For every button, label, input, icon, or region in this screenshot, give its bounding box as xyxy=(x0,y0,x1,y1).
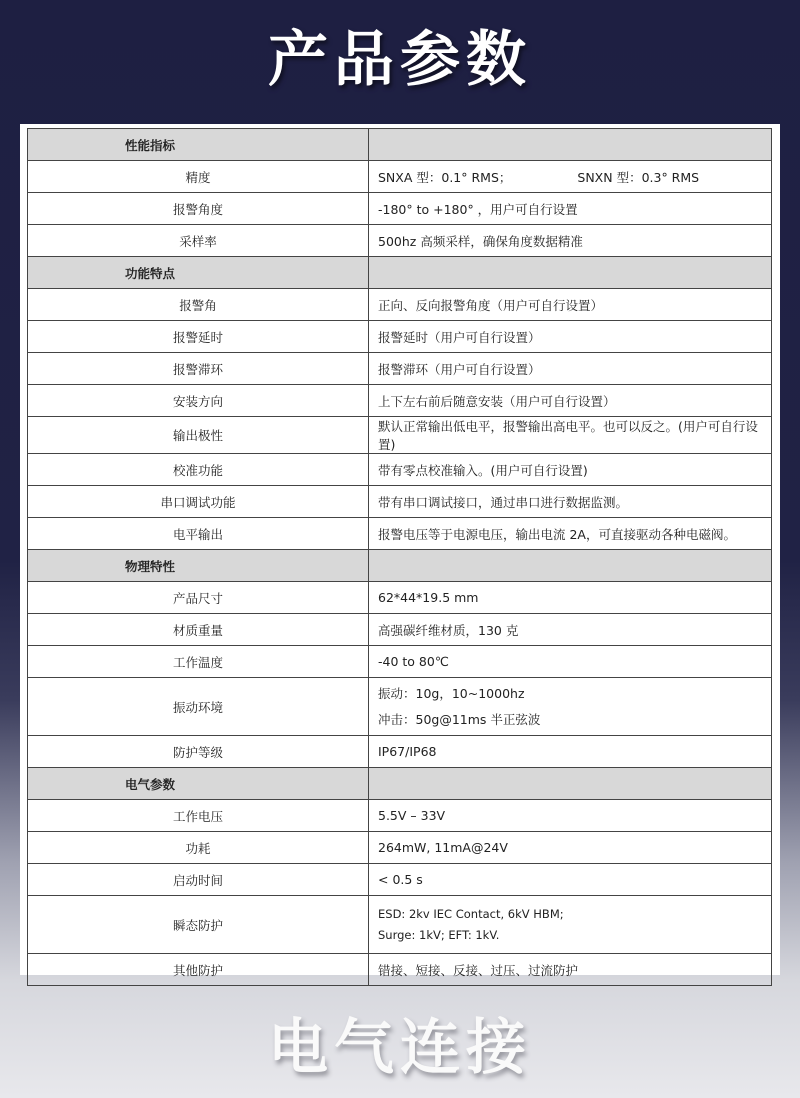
table-row: 防护等级 IP67/IP68 xyxy=(28,736,772,768)
row-label: 安装方向 xyxy=(28,385,369,417)
page-title: 产品参数 xyxy=(0,22,800,98)
row-label: 输出极性 xyxy=(28,417,369,454)
section-header-electrical: 电气参数 xyxy=(28,768,772,800)
row-value: 500hz 高频采样，确保角度数据精准 xyxy=(369,225,772,257)
table-row: 材质重量 高强碳纤维材质，130 克 xyxy=(28,614,772,646)
section-header-physical: 物理特性 xyxy=(28,550,772,582)
row-value: 264mW, 11mA@24V xyxy=(369,832,772,864)
row-label: 其他防护 xyxy=(28,954,369,986)
row-value: 错接、短接、反接、过压、过流防护 xyxy=(369,954,772,986)
row-label: 电平输出 xyxy=(28,518,369,550)
row-value: 上下左右前后随意安装（用户可自行设置） xyxy=(369,385,772,417)
spec-table: 性能指标 精度 SNXA 型：0.1° RMS；SNXN 型：0.3° RMS … xyxy=(27,128,772,986)
row-value: 5.5V – 33V xyxy=(369,800,772,832)
row-value: 带有串口调试接口，通过串口进行数据监测。 xyxy=(369,486,772,518)
section-title: 性能指标 xyxy=(28,129,369,161)
section-title: 电气参数 xyxy=(28,768,369,800)
table-row: 启动时间 < 0.5 s xyxy=(28,864,772,896)
row-label: 精度 xyxy=(28,161,369,193)
row-value: 高强碳纤维材质，130 克 xyxy=(369,614,772,646)
table-row: 产品尺寸 62*44*19.5 mm xyxy=(28,582,772,614)
section-header-performance: 性能指标 xyxy=(28,129,772,161)
table-row: 安装方向 上下左右前后随意安装（用户可自行设置） xyxy=(28,385,772,417)
table-row: 工作温度 -40 to 80℃ xyxy=(28,646,772,678)
row-value: 报警滞环（用户可自行设置） xyxy=(369,353,772,385)
table-row: 功耗 264mW, 11mA@24V xyxy=(28,832,772,864)
table-row: 瞬态防护 ESD: 2kv IEC Contact, 6kV HBM; Surg… xyxy=(28,896,772,954)
row-label: 报警角度 xyxy=(28,193,369,225)
table-row: 其他防护 错接、短接、反接、过压、过流防护 xyxy=(28,954,772,986)
table-row: 校准功能 带有零点校准输入。(用户可自行设置) xyxy=(28,454,772,486)
row-label: 报警滞环 xyxy=(28,353,369,385)
table-row: 振动环境 振动：10g，10~1000hz 冲击：50g@11ms 半正弦波 xyxy=(28,678,772,736)
row-value: -180° to +180° ，用户可自行设置 xyxy=(369,193,772,225)
spec-card: 性能指标 精度 SNXA 型：0.1° RMS；SNXN 型：0.3° RMS … xyxy=(20,124,780,975)
section-title: 物理特性 xyxy=(28,550,369,582)
row-label: 工作温度 xyxy=(28,646,369,678)
table-row: 报警角 正向、反向报警角度（用户可自行设置） xyxy=(28,289,772,321)
row-label: 材质重量 xyxy=(28,614,369,646)
row-value: -40 to 80℃ xyxy=(369,646,772,678)
row-value: 报警电压等于电源电压，输出电流 2A，可直接驱动各种电磁阀。 xyxy=(369,518,772,550)
vibration-line: 振动：10g，10~1000hz xyxy=(378,681,771,707)
row-label: 报警角 xyxy=(28,289,369,321)
row-label: 校准功能 xyxy=(28,454,369,486)
row-value: 62*44*19.5 mm xyxy=(369,582,772,614)
row-label: 工作电压 xyxy=(28,800,369,832)
row-label: 产品尺寸 xyxy=(28,582,369,614)
row-label: 采样率 xyxy=(28,225,369,257)
section-title-electrical-connection: 电气连接 xyxy=(0,1010,800,1086)
row-value: 振动：10g，10~1000hz 冲击：50g@11ms 半正弦波 xyxy=(369,678,772,736)
row-value: 默认正常输出低电平，报警输出高电平。也可以反之。(用户可自行设置) xyxy=(369,417,772,454)
row-value: IP67/IP68 xyxy=(369,736,772,768)
row-label: 防护等级 xyxy=(28,736,369,768)
row-label: 串口调试功能 xyxy=(28,486,369,518)
table-row: 电平输出 报警电压等于电源电压，输出电流 2A，可直接驱动各种电磁阀。 xyxy=(28,518,772,550)
value-snxa: SNXA 型：0.1° RMS； xyxy=(378,170,511,185)
esd-line: ESD: 2kv IEC Contact, 6kV HBM; xyxy=(378,904,771,925)
row-value: 带有零点校准输入。(用户可自行设置) xyxy=(369,454,772,486)
row-value: SNXA 型：0.1° RMS；SNXN 型：0.3° RMS xyxy=(369,161,772,193)
table-row: 输出极性 默认正常输出低电平，报警输出高电平。也可以反之。(用户可自行设置) xyxy=(28,417,772,454)
row-label: 功耗 xyxy=(28,832,369,864)
row-value: ESD: 2kv IEC Contact, 6kV HBM; Surge: 1k… xyxy=(369,896,772,954)
table-row: 精度 SNXA 型：0.1° RMS；SNXN 型：0.3° RMS xyxy=(28,161,772,193)
table-row: 串口调试功能 带有串口调试接口，通过串口进行数据监测。 xyxy=(28,486,772,518)
row-label: 瞬态防护 xyxy=(28,896,369,954)
row-value: < 0.5 s xyxy=(369,864,772,896)
table-row: 报警角度 -180° to +180° ，用户可自行设置 xyxy=(28,193,772,225)
shock-line: 冲击：50g@11ms 半正弦波 xyxy=(378,707,771,733)
row-label: 报警延时 xyxy=(28,321,369,353)
value-snxn: SNXN 型：0.3° RMS xyxy=(577,170,699,185)
table-row: 报警延时 报警延时（用户可自行设置） xyxy=(28,321,772,353)
section-title: 功能特点 xyxy=(28,257,369,289)
row-label: 启动时间 xyxy=(28,864,369,896)
row-value: 报警延时（用户可自行设置） xyxy=(369,321,772,353)
row-value: 正向、反向报警角度（用户可自行设置） xyxy=(369,289,772,321)
table-row: 工作电压 5.5V – 33V xyxy=(28,800,772,832)
table-row: 报警滞环 报警滞环（用户可自行设置） xyxy=(28,353,772,385)
table-row: 采样率 500hz 高频采样，确保角度数据精准 xyxy=(28,225,772,257)
surge-line: Surge: 1kV; EFT: 1kV. xyxy=(378,925,771,946)
section-header-features: 功能特点 xyxy=(28,257,772,289)
row-label: 振动环境 xyxy=(28,678,369,736)
